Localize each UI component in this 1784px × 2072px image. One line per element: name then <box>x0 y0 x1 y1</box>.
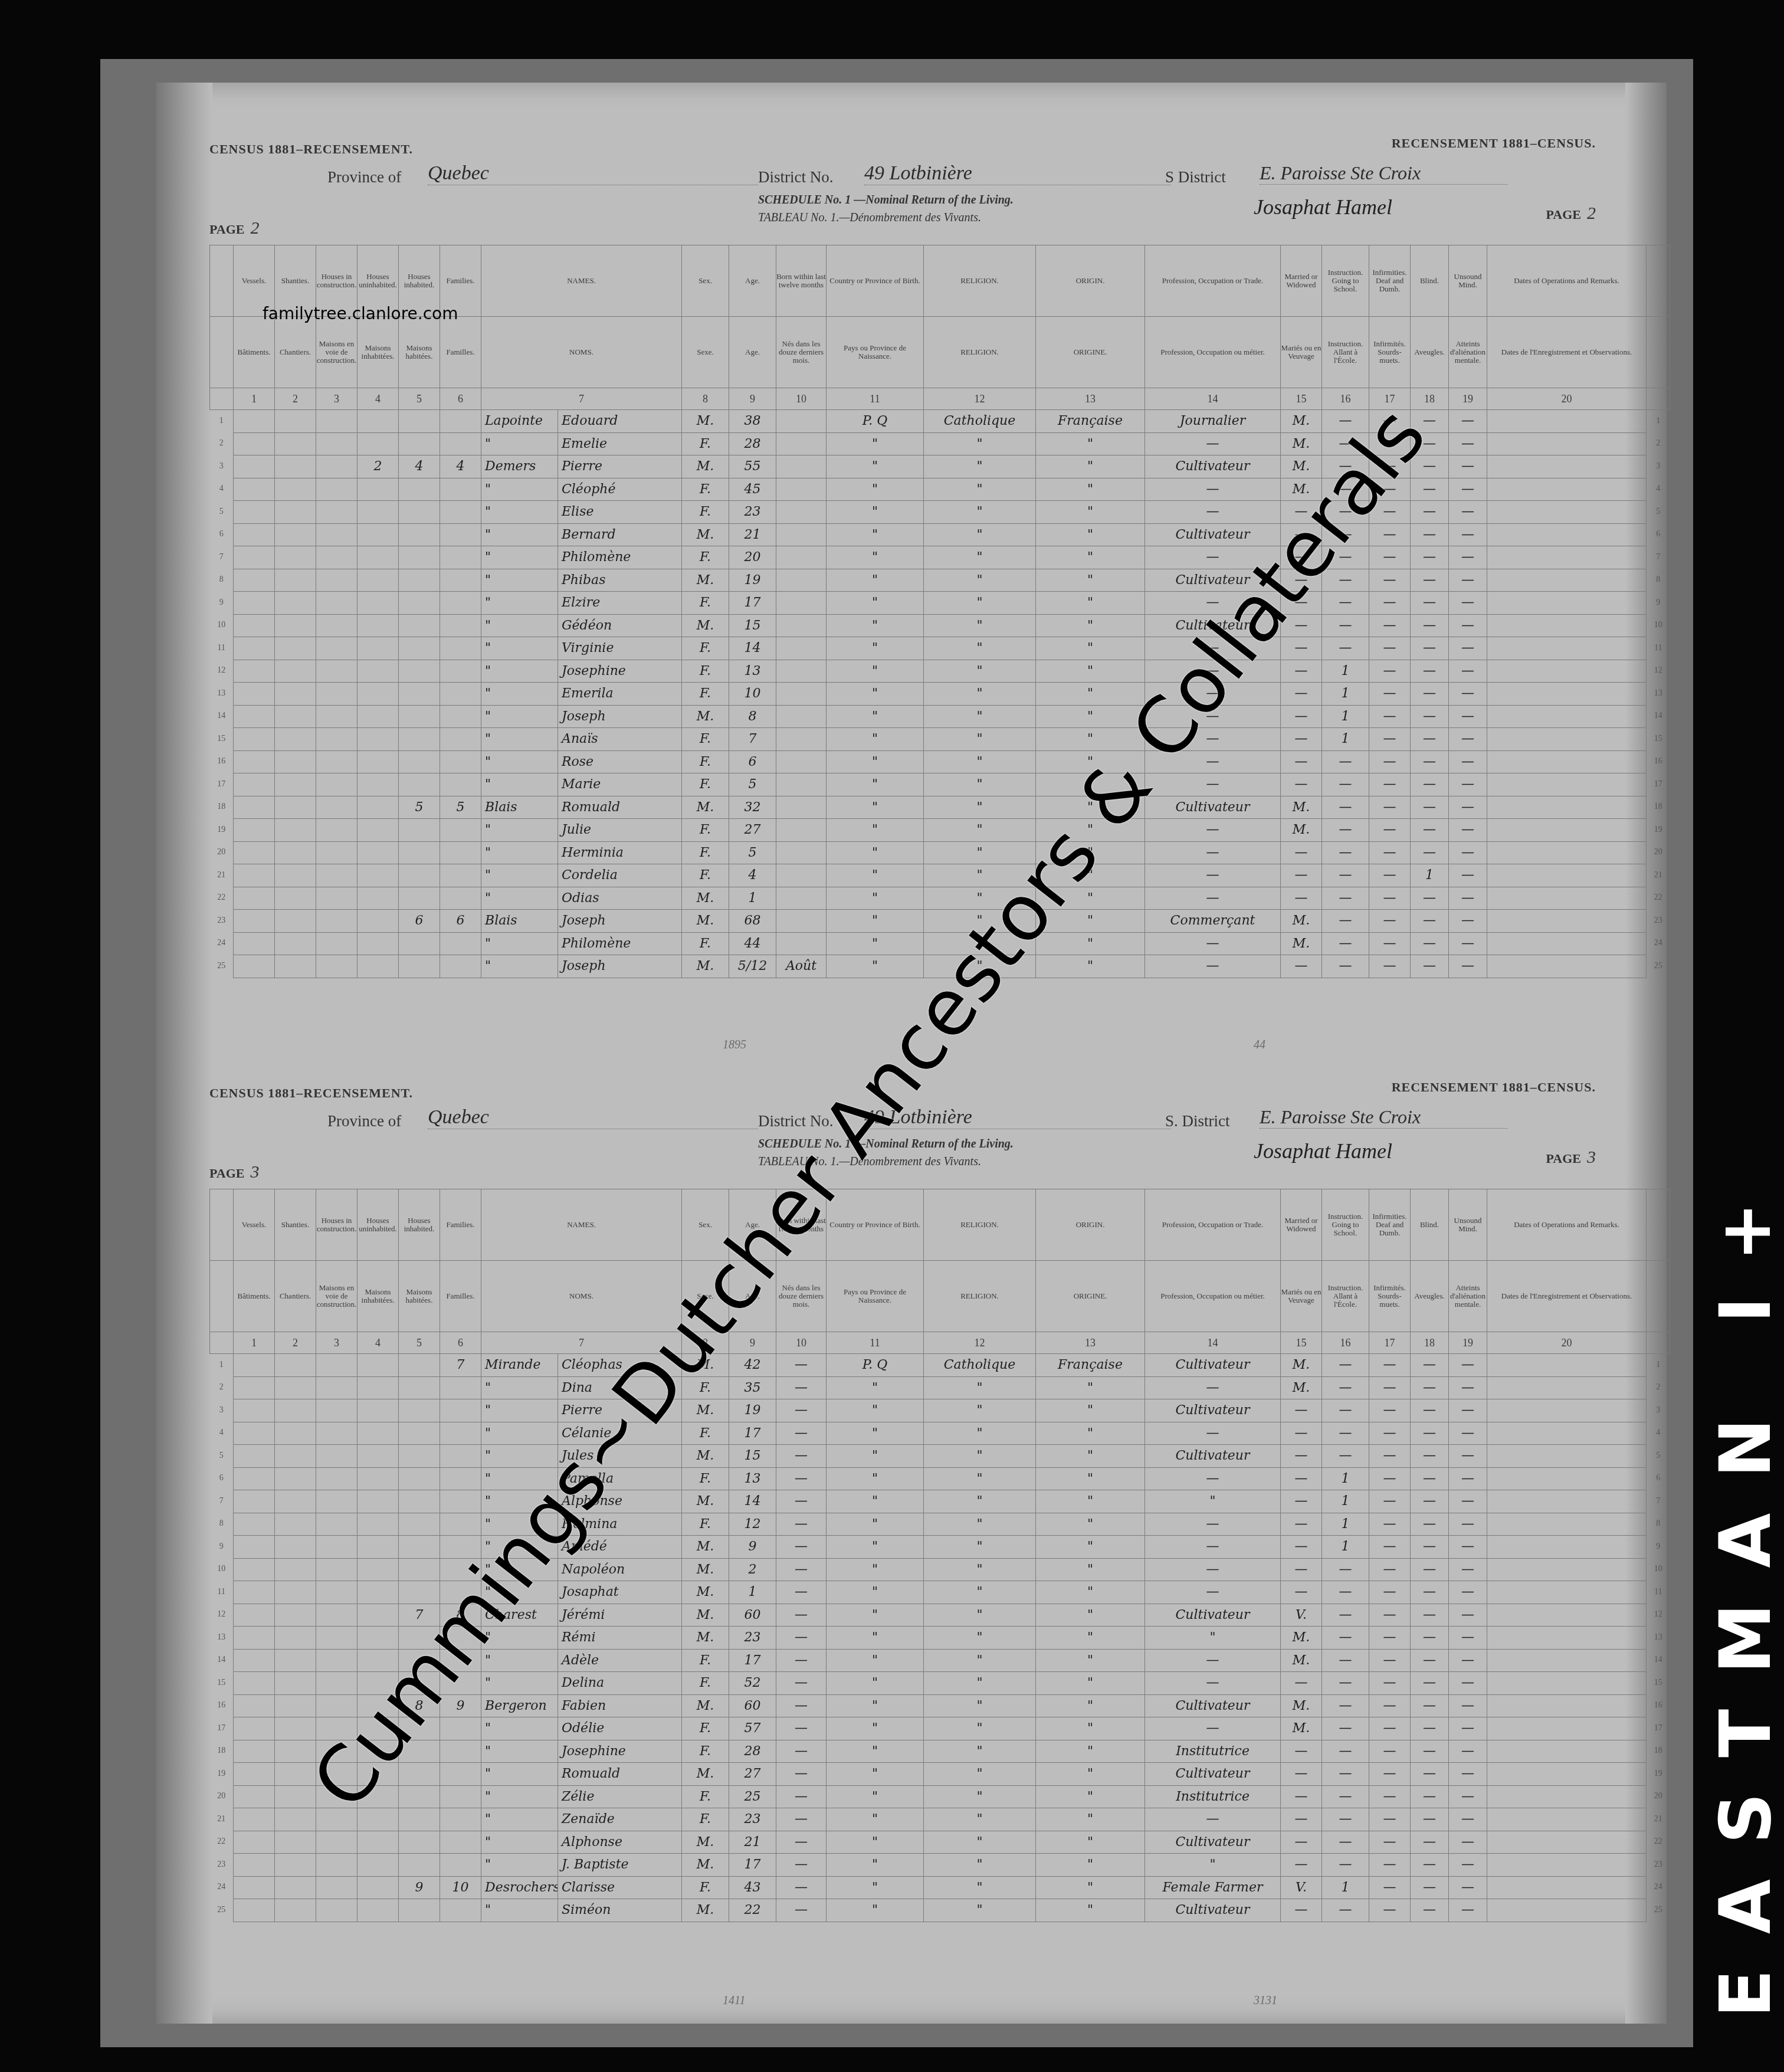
origin: " <box>1036 1445 1145 1468</box>
born-last-12-months <box>776 592 827 615</box>
age: 23 <box>729 1627 776 1650</box>
houses-inhabited <box>399 955 440 978</box>
unsound-mind: — <box>1449 705 1487 728</box>
sex: F. <box>682 660 729 683</box>
surname: " <box>481 501 558 524</box>
religion: " <box>924 1627 1036 1650</box>
remarks <box>1487 841 1647 864</box>
deaf-dumb: — <box>1369 569 1411 592</box>
going-to-school: — <box>1322 1740 1369 1763</box>
deaf-dumb: — <box>1369 614 1411 637</box>
deaf-dumb: — <box>1369 1490 1411 1513</box>
census-page: CENSUS 1881–RECENSEMENT. RECENSEMENT 188… <box>192 106 1631 1062</box>
marital-status: — <box>1281 1785 1322 1808</box>
line-number: 24 <box>210 932 234 955</box>
going-to-school: — <box>1322 841 1369 864</box>
table-row: 20"ZélieF.25—"""Institutrice—————20 <box>210 1785 1670 1808</box>
line-number: 1 <box>1647 1354 1670 1377</box>
column-number: 17 <box>1369 1332 1411 1354</box>
houses-construction <box>316 728 358 751</box>
shanties <box>275 410 316 433</box>
line-number: 11 <box>210 637 234 660</box>
sex: M. <box>682 1445 729 1468</box>
origin: " <box>1036 569 1145 592</box>
remarks <box>1487 932 1647 955</box>
families: 7 <box>440 1354 481 1377</box>
birthplace: " <box>827 455 924 478</box>
given-name: Romuald <box>558 796 682 819</box>
age: 15 <box>729 1445 776 1468</box>
going-to-school: — <box>1322 887 1369 910</box>
deaf-dumb: — <box>1369 1785 1411 1808</box>
remarks <box>1487 1763 1647 1786</box>
line-number: 1 <box>210 410 234 433</box>
age: 5/12 <box>729 955 776 978</box>
families <box>440 819 481 842</box>
occupation: — <box>1145 478 1281 501</box>
line-number: 12 <box>210 660 234 683</box>
houses-uninhabited <box>358 501 399 524</box>
religion: " <box>924 1672 1036 1695</box>
sex: F. <box>682 932 729 955</box>
unsound-mind: — <box>1449 1854 1487 1877</box>
houses-inhabited <box>399 1490 440 1513</box>
going-to-school: — <box>1322 773 1369 796</box>
houses-construction <box>316 750 358 773</box>
table-row: 10"NapoléonM.2—"""——————10 <box>210 1558 1670 1581</box>
surname: " <box>481 523 558 546</box>
sex: M. <box>682 705 729 728</box>
religion: " <box>924 728 1036 751</box>
birthplace: " <box>827 887 924 910</box>
families: 4 <box>440 455 481 478</box>
sex: M. <box>682 1490 729 1513</box>
blind: — <box>1411 1763 1449 1786</box>
given-name: Josephine <box>558 660 682 683</box>
houses-uninhabited <box>358 637 399 660</box>
remarks <box>1487 1649 1647 1672</box>
sex: M. <box>682 1604 729 1627</box>
going-to-school: — <box>1322 1399 1369 1422</box>
houses-construction <box>316 1672 358 1695</box>
sex: F. <box>682 432 729 455</box>
sex: F. <box>682 1672 729 1695</box>
marital-status: M. <box>1281 1694 1322 1717</box>
column-header-en: Born within last twelve months <box>776 245 827 317</box>
families <box>440 841 481 864</box>
line-number: 18 <box>210 1740 234 1763</box>
unsound-mind: — <box>1449 683 1487 706</box>
houses-construction <box>316 864 358 887</box>
given-name: Bernard <box>558 523 682 546</box>
district-value: 49 Lotbinière <box>864 162 1171 185</box>
going-to-school: 1 <box>1322 660 1369 683</box>
table-row: 19"RomualdM.27—"""Cultivateur—————19 <box>210 1763 1670 1786</box>
column-header-en: RELIGION. <box>924 245 1036 317</box>
given-name: Rémi <box>558 1627 682 1650</box>
families <box>440 637 481 660</box>
column-number: 4 <box>358 388 399 410</box>
shanties <box>275 1354 316 1377</box>
line-number: 8 <box>1647 569 1670 592</box>
occupation: — <box>1145 819 1281 842</box>
origin: " <box>1036 432 1145 455</box>
enumerator-signature: Josaphat Hamel <box>1254 195 1392 219</box>
vessels <box>234 1763 275 1786</box>
born-last-12-months <box>776 750 827 773</box>
line-number: 25 <box>1647 955 1670 978</box>
age: 25 <box>729 1785 776 1808</box>
going-to-school: — <box>1322 796 1369 819</box>
remarks <box>1487 1785 1647 1808</box>
age: 1 <box>729 1581 776 1604</box>
deaf-dumb: — <box>1369 1422 1411 1445</box>
surname: Blais <box>481 796 558 819</box>
column-header-fr: Familles. <box>440 1261 481 1332</box>
line-number: 16 <box>210 1694 234 1717</box>
line-number-header <box>210 245 234 317</box>
deaf-dumb: — <box>1369 750 1411 773</box>
religion: " <box>924 1376 1036 1399</box>
unsound-mind: — <box>1449 1558 1487 1581</box>
unsound-mind: — <box>1449 1808 1487 1831</box>
vessels <box>234 750 275 773</box>
occupation: " <box>1145 1490 1281 1513</box>
birthplace: " <box>827 1763 924 1786</box>
houses-construction <box>316 1445 358 1468</box>
origin: " <box>1036 1627 1145 1650</box>
column-number: 9 <box>729 388 776 410</box>
column-number: 10 <box>776 388 827 410</box>
vessels <box>234 1513 275 1536</box>
unsound-mind: — <box>1449 728 1487 751</box>
birthplace: " <box>827 1672 924 1695</box>
shanties <box>275 1536 316 1559</box>
vessels <box>234 432 275 455</box>
column-number: 5 <box>399 1332 440 1354</box>
table-row: 1855BlaisRomualdM.32"""CultivateurM.————… <box>210 796 1670 819</box>
line-number: 7 <box>210 1490 234 1513</box>
born-last-12-months: — <box>776 1581 827 1604</box>
houses-uninhabited <box>358 410 399 433</box>
deaf-dumb: — <box>1369 1717 1411 1740</box>
families <box>440 1513 481 1536</box>
born-last-12-months: — <box>776 1399 827 1422</box>
born-last-12-months: — <box>776 1604 827 1627</box>
surname: " <box>481 750 558 773</box>
shanties <box>275 1899 316 1922</box>
deaf-dumb: — <box>1369 1376 1411 1399</box>
houses-construction <box>316 478 358 501</box>
born-last-12-months: — <box>776 1717 827 1740</box>
surname: " <box>481 1399 558 1422</box>
remarks <box>1487 1513 1647 1536</box>
houses-inhabited <box>399 1785 440 1808</box>
birthplace: " <box>827 1785 924 1808</box>
origin: " <box>1036 1490 1145 1513</box>
remarks <box>1487 592 1647 615</box>
sex: M. <box>682 523 729 546</box>
line-number-header <box>210 317 234 388</box>
going-to-school: 1 <box>1322 1536 1369 1559</box>
column-header-en: Infirmities. Deaf and Dumb. <box>1369 1189 1411 1261</box>
shanties <box>275 683 316 706</box>
birthplace: " <box>827 523 924 546</box>
given-name: Herminia <box>558 841 682 864</box>
families <box>440 569 481 592</box>
houses-uninhabited <box>358 1854 399 1877</box>
line-number: 2 <box>210 432 234 455</box>
age: 5 <box>729 773 776 796</box>
age: 5 <box>729 841 776 864</box>
surname: " <box>481 1672 558 1695</box>
remarks <box>1487 569 1647 592</box>
vessels <box>234 1536 275 1559</box>
tally-note: 1411 <box>723 1994 746 2008</box>
sex: F. <box>682 1717 729 1740</box>
families: 6 <box>440 910 481 933</box>
column-number: 12 <box>924 388 1036 410</box>
occupation: — <box>1145 864 1281 887</box>
blind: — <box>1411 1694 1449 1717</box>
sex: M. <box>682 1854 729 1877</box>
houses-construction <box>316 1467 358 1490</box>
vessels <box>234 1558 275 1581</box>
families <box>440 478 481 501</box>
age: 42 <box>729 1354 776 1377</box>
houses-inhabited: 9 <box>399 1876 440 1899</box>
origin: " <box>1036 683 1145 706</box>
sex: F. <box>682 478 729 501</box>
page-header: CENSUS 1881–RECENSEMENT. RECENSEMENT 188… <box>192 106 1631 248</box>
houses-inhabited <box>399 1467 440 1490</box>
houses-construction <box>316 841 358 864</box>
age: 23 <box>729 501 776 524</box>
page-number-right: PAGE2 <box>1546 204 1596 224</box>
blind: — <box>1411 910 1449 933</box>
table-row: 13"EmerilaF.10"""——1———13 <box>210 683 1670 706</box>
shanties <box>275 1854 316 1877</box>
sex: F. <box>682 1876 729 1899</box>
occupation: — <box>1145 1422 1281 1445</box>
religion: " <box>924 660 1036 683</box>
occupation: — <box>1145 1808 1281 1831</box>
remarks <box>1487 1854 1647 1877</box>
houses-inhabited <box>399 705 440 728</box>
deaf-dumb: — <box>1369 546 1411 569</box>
line-number-header <box>1647 245 1670 317</box>
table-row: 11"VirginieF.14"""——————11 <box>210 637 1670 660</box>
column-numbers: 1234567891011121314151617181920 <box>210 1332 1670 1354</box>
houses-uninhabited <box>358 1467 399 1490</box>
houses-inhabited <box>399 864 440 887</box>
remarks <box>1487 1740 1647 1763</box>
religion: " <box>924 1717 1036 1740</box>
religion: " <box>924 1536 1036 1559</box>
age: 17 <box>729 592 776 615</box>
families <box>440 750 481 773</box>
unsound-mind: — <box>1449 773 1487 796</box>
unsound-mind: — <box>1449 1422 1487 1445</box>
birthplace: " <box>827 1558 924 1581</box>
column-header-en: NAMES. <box>481 245 682 317</box>
column-number: 19 <box>1449 388 1487 410</box>
deaf-dumb: — <box>1369 728 1411 751</box>
unsound-mind: — <box>1449 1876 1487 1899</box>
given-name: Napoléon <box>558 1558 682 1581</box>
deaf-dumb: — <box>1369 1899 1411 1922</box>
surname: " <box>481 1785 558 1808</box>
column-header-en: Families. <box>440 1189 481 1261</box>
line-number: 7 <box>1647 546 1670 569</box>
houses-inhabited <box>399 432 440 455</box>
shanties <box>275 1422 316 1445</box>
surname: " <box>481 614 558 637</box>
houses-uninhabited <box>358 523 399 546</box>
houses-uninhabited <box>358 1399 399 1422</box>
deaf-dumb: — <box>1369 1399 1411 1422</box>
district-label: District No. <box>758 168 834 186</box>
surname: " <box>481 1422 558 1445</box>
occupation: — <box>1145 1649 1281 1672</box>
line-number: 14 <box>210 705 234 728</box>
houses-construction <box>316 796 358 819</box>
deaf-dumb: — <box>1369 1808 1411 1831</box>
occupation: — <box>1145 1581 1281 1604</box>
table-row: 16"RoseF.6"""——————16 <box>210 750 1670 773</box>
blind: — <box>1411 1354 1449 1377</box>
born-last-12-months <box>776 819 827 842</box>
given-name: Siméon <box>558 1899 682 1922</box>
column-header-en: Houses in construction. <box>316 1189 358 1261</box>
remarks <box>1487 1694 1647 1717</box>
remarks <box>1487 546 1647 569</box>
remarks <box>1487 660 1647 683</box>
column-number: 18 <box>1411 1332 1449 1354</box>
surname: " <box>481 1831 558 1854</box>
line-number: 3 <box>1647 1399 1670 1422</box>
origin: " <box>1036 1808 1145 1831</box>
column-header-en: Profession, Occupation or Trade. <box>1145 245 1281 317</box>
houses-inhabited <box>399 1808 440 1831</box>
religion: " <box>924 637 1036 660</box>
unsound-mind: — <box>1449 1899 1487 1922</box>
remarks <box>1487 1876 1647 1899</box>
shanties <box>275 1513 316 1536</box>
table-row: 3"PierreM.19—"""Cultivateur—————3 <box>210 1399 1670 1422</box>
line-number: 11 <box>1647 1581 1670 1604</box>
vessels <box>234 955 275 978</box>
sex: M. <box>682 1536 729 1559</box>
surname: " <box>481 955 558 978</box>
blind: — <box>1411 819 1449 842</box>
born-last-12-months <box>776 637 827 660</box>
shanties <box>275 1604 316 1627</box>
surname: " <box>481 478 558 501</box>
deaf-dumb: — <box>1369 819 1411 842</box>
blind: — <box>1411 1854 1449 1877</box>
line-number: 6 <box>1647 1467 1670 1490</box>
vessels <box>234 1627 275 1650</box>
religion: " <box>924 705 1036 728</box>
sex: F. <box>682 1422 729 1445</box>
column-number: 5 <box>399 388 440 410</box>
families <box>440 955 481 978</box>
age: 8 <box>729 705 776 728</box>
column-number: 20 <box>1487 1332 1647 1354</box>
age: 12 <box>729 1513 776 1536</box>
deaf-dumb: — <box>1369 1694 1411 1717</box>
shanties <box>275 1876 316 1899</box>
table-row: 2"DinaF.35—"""—M.————2 <box>210 1376 1670 1399</box>
shanties <box>275 546 316 569</box>
going-to-school: — <box>1322 1694 1369 1717</box>
occupation: Cultivateur <box>1145 1763 1281 1786</box>
line-number: 21 <box>1647 864 1670 887</box>
sex: M. <box>682 614 729 637</box>
birthplace: " <box>827 841 924 864</box>
table-row: 21"CordeliaF.4"""————1—21 <box>210 864 1670 887</box>
vessels <box>234 1354 275 1377</box>
deaf-dumb: — <box>1369 1649 1411 1672</box>
occupation: Institutrice <box>1145 1740 1281 1763</box>
line-number: 20 <box>210 841 234 864</box>
houses-inhabited <box>399 683 440 706</box>
vessels <box>234 1604 275 1627</box>
age: 6 <box>729 750 776 773</box>
unsound-mind: — <box>1449 1399 1487 1422</box>
birthplace: " <box>827 1854 924 1877</box>
line-number: 10 <box>1647 614 1670 637</box>
blind: — <box>1411 1467 1449 1490</box>
houses-inhabited <box>399 773 440 796</box>
houses-inhabited <box>399 1854 440 1877</box>
vessels <box>234 523 275 546</box>
occupation: " <box>1145 1627 1281 1650</box>
families <box>440 546 481 569</box>
column-header-fr: Atteints d'aliénation mentale. <box>1449 1261 1487 1332</box>
line-number: 12 <box>1647 1604 1670 1627</box>
deaf-dumb: — <box>1369 683 1411 706</box>
line-number: 14 <box>210 1649 234 1672</box>
age: 1 <box>729 887 776 910</box>
column-header-fr: Infirmités. Sourds-muets. <box>1369 1261 1411 1332</box>
line-number-header <box>210 1332 234 1354</box>
houses-construction <box>316 910 358 933</box>
surname: " <box>481 1854 558 1877</box>
deaf-dumb: — <box>1369 1604 1411 1627</box>
line-number: 9 <box>210 1536 234 1559</box>
marital-status: — <box>1281 1467 1322 1490</box>
vessels <box>234 1490 275 1513</box>
born-last-12-months: — <box>776 1558 827 1581</box>
table-row: 4"CléophéF.45"""—M.————4 <box>210 478 1670 501</box>
column-header-en: Shanties. <box>275 1189 316 1261</box>
born-last-12-months: — <box>776 1876 827 1899</box>
houses-uninhabited <box>358 910 399 933</box>
marital-status: — <box>1281 773 1322 796</box>
remarks <box>1487 796 1647 819</box>
families <box>440 1399 481 1422</box>
watermark-site: familytree.clanlore.com <box>263 304 458 323</box>
born-last-12-months: — <box>776 1785 827 1808</box>
column-header-en: ORIGIN. <box>1036 245 1145 317</box>
blind: — <box>1411 1490 1449 1513</box>
table-row: 5"JulesM.15—"""Cultivateur—————5 <box>210 1445 1670 1468</box>
born-last-12-months <box>776 887 827 910</box>
vessels <box>234 660 275 683</box>
line-number: 11 <box>210 1581 234 1604</box>
